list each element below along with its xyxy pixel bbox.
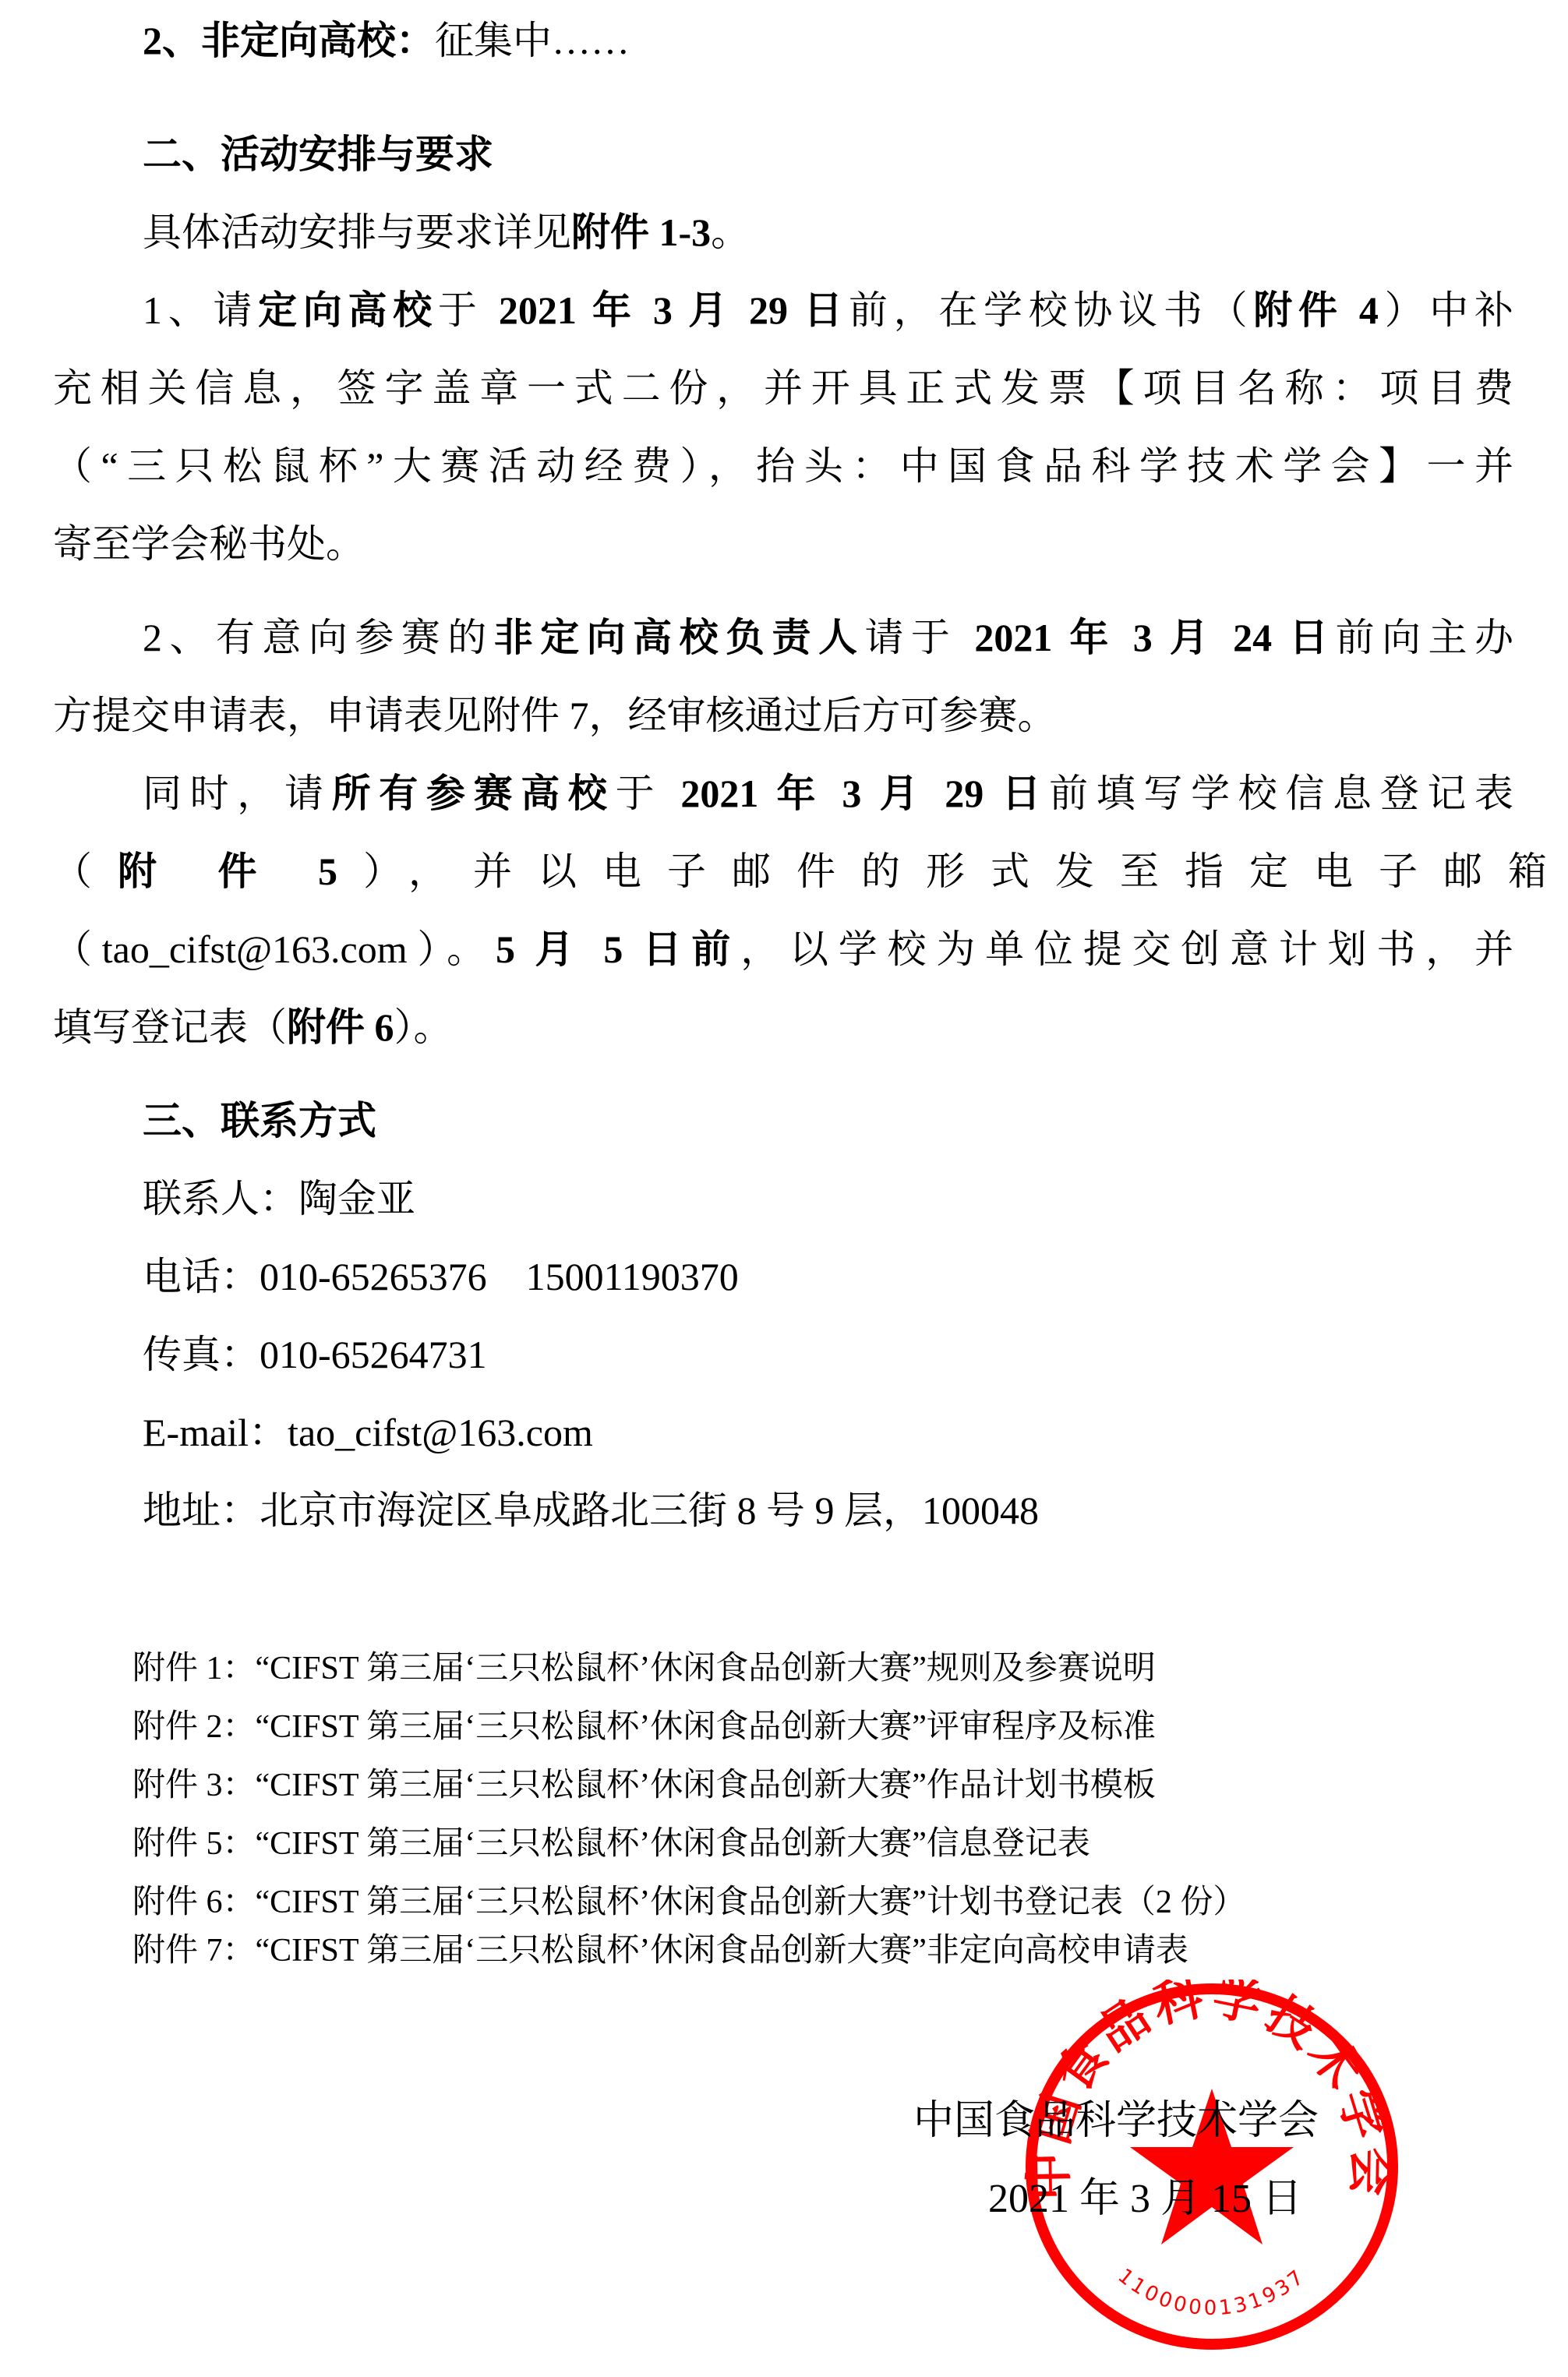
seal-code: 1100000131937 <box>1114 2264 1311 2320</box>
text: 填写登记表（ <box>53 1005 287 1049</box>
intro-text: 具体活动安排与要求详见 <box>143 210 571 254</box>
text: 前填写学校信息登记表 <box>1049 772 1513 815</box>
text: （ <box>53 849 118 893</box>
attachment-ref: 附 件 5 <box>118 849 363 893</box>
attachment-item: 附件 5：“CIFST 第三届‘三只松鼠杯’休闲食品创新大赛”信息登记表 <box>132 1824 1090 1863</box>
item2-line2: 方提交申请表，申请表见附件 7，经审核通过后方可参赛。 <box>53 692 1513 739</box>
attachment-item: 附件 3：“CIFST 第三届‘三只松鼠杯’休闲食品创新大赛”作品计划书模板 <box>132 1766 1156 1805</box>
text: 2、有意向参赛的 <box>143 616 494 659</box>
svg-text:中国食品科学技术学会: 中国食品科学技术学会 <box>1020 1980 1400 2201</box>
attachment-ref: 附件 6 <box>287 1005 394 1049</box>
document-page: 2、非定向高校：征集中…… 二、活动安排与要求 具体活动安排与要求详见附件 1-… <box>0 0 1568 2377</box>
text: 于 <box>438 288 499 332</box>
item3-line4: 填写登记表（附件 6）。 <box>53 1004 1513 1051</box>
item-value: 征集中…… <box>435 19 630 62</box>
bold-text: 所有参赛高校 <box>332 772 616 815</box>
contact-fax: 传真：010-65264731 <box>143 1331 1513 1378</box>
deadline-date: 5 月 5 日前 <box>496 927 740 971</box>
deadline-date: 2021 年 3 月 29 日 <box>680 772 1049 815</box>
contact-email: E-mail：tao_cifst@163.com <box>143 1409 1513 1456</box>
section-heading-contact: 三、联系方式 <box>143 1097 1513 1144</box>
arrangements-intro: 具体活动安排与要求详见附件 1-3。 <box>143 209 1513 256</box>
item1-line1: 1、请定向高校于 2021 年 3 月 29 日前，在学校协议书（附件 4）中补 <box>143 287 1513 334</box>
signature-date: 2021 年 3 月 15 日 <box>988 2176 1302 2223</box>
email-text: （tao_cifst@163.com）。 <box>53 927 496 971</box>
seal-ring-text: 中国食品科学技术学会 <box>1020 1980 1400 2201</box>
attachment-item: 附件 1：“CIFST 第三届‘三只松鼠杯’休闲食品创新大赛”规则及参赛说明 <box>132 1649 1156 1688</box>
non-directed-universities-line: 2、非定向高校：征集中…… <box>143 17 1513 64</box>
contact-person: 联系人：陶金亚 <box>143 1175 1513 1222</box>
item3-line2: （附 件 5），并以电子邮件的形式发至指定电子邮箱 <box>53 848 1513 895</box>
item-label: 2、非定向高校： <box>143 19 435 62</box>
contact-address: 地址：北京市海淀区阜成路北三街 8 号 9 层，100048 <box>143 1487 1513 1534</box>
attachment-item: 附件 7：“CIFST 第三届‘三只松鼠杯’休闲食品创新大赛”非定向高校申请表 <box>132 1931 1188 1970</box>
official-seal-icon: 中国食品科学技术学会 1100000131937 <box>1013 1980 1411 2354</box>
deadline-date: 2021 年 3 月 29 日 <box>499 288 849 332</box>
bold-text: 非定向高校负责人 <box>494 616 865 659</box>
attachment-item: 附件 2：“CIFST 第三届‘三只松鼠杯’休闲食品创新大赛”评审程序及标准 <box>132 1708 1156 1747</box>
text: ）中补 <box>1379 288 1513 332</box>
text: ），并以电子邮件的形式发至指定电子邮箱 <box>363 849 1568 893</box>
section-heading-arrangements: 二、活动安排与要求 <box>143 131 1513 178</box>
item3-line1: 同时，请所有参赛高校于 2021 年 3 月 29 日前填写学校信息登记表 <box>143 770 1513 817</box>
intro-end: 。 <box>711 210 750 254</box>
text: 前，在学校协议书（ <box>849 288 1253 332</box>
item1-line4: 寄至学会秘书处。 <box>53 521 1513 567</box>
text: ，以学校为单位提交创意计划书，并 <box>740 927 1513 971</box>
item3-line3: （tao_cifst@163.com）。5 月 5 日前，以学校为单位提交创意计… <box>53 926 1513 973</box>
intro-attachment-ref: 附件 1-3 <box>571 210 711 254</box>
attachment-ref: 附件 4 <box>1253 288 1379 332</box>
text: 1、请 <box>143 288 258 332</box>
deadline-date: 2021 年 3 月 24 日 <box>974 616 1335 659</box>
text: ）。 <box>394 1005 453 1049</box>
attachment-item: 附件 6：“CIFST 第三届‘三只松鼠杯’休闲食品创新大赛”计划书登记表（2 … <box>132 1883 1245 1922</box>
contact-phone: 电话：010-65265376 15001190370 <box>143 1253 1513 1300</box>
bold-text: 定向高校 <box>258 288 438 332</box>
item2-line1: 2、有意向参赛的非定向高校负责人请于 2021 年 3 月 24 日前向主办 <box>143 614 1513 661</box>
text: 同时，请 <box>143 772 332 815</box>
text: 请于 <box>864 616 974 659</box>
item1-line3: （“三只松鼠杯”大赛活动经费），抬头：中国食品科学技术学会】一并 <box>53 443 1513 489</box>
text: 前向主办 <box>1336 616 1513 659</box>
signature-organization: 中国食品科学技术学会 <box>913 2098 1319 2145</box>
item1-line2: 充相关信息，签字盖章一式二份，并开具正式发票【项目名称：项目费 <box>53 365 1513 411</box>
svg-text:1100000131937: 1100000131937 <box>1114 2264 1311 2320</box>
text: 于 <box>616 772 681 815</box>
